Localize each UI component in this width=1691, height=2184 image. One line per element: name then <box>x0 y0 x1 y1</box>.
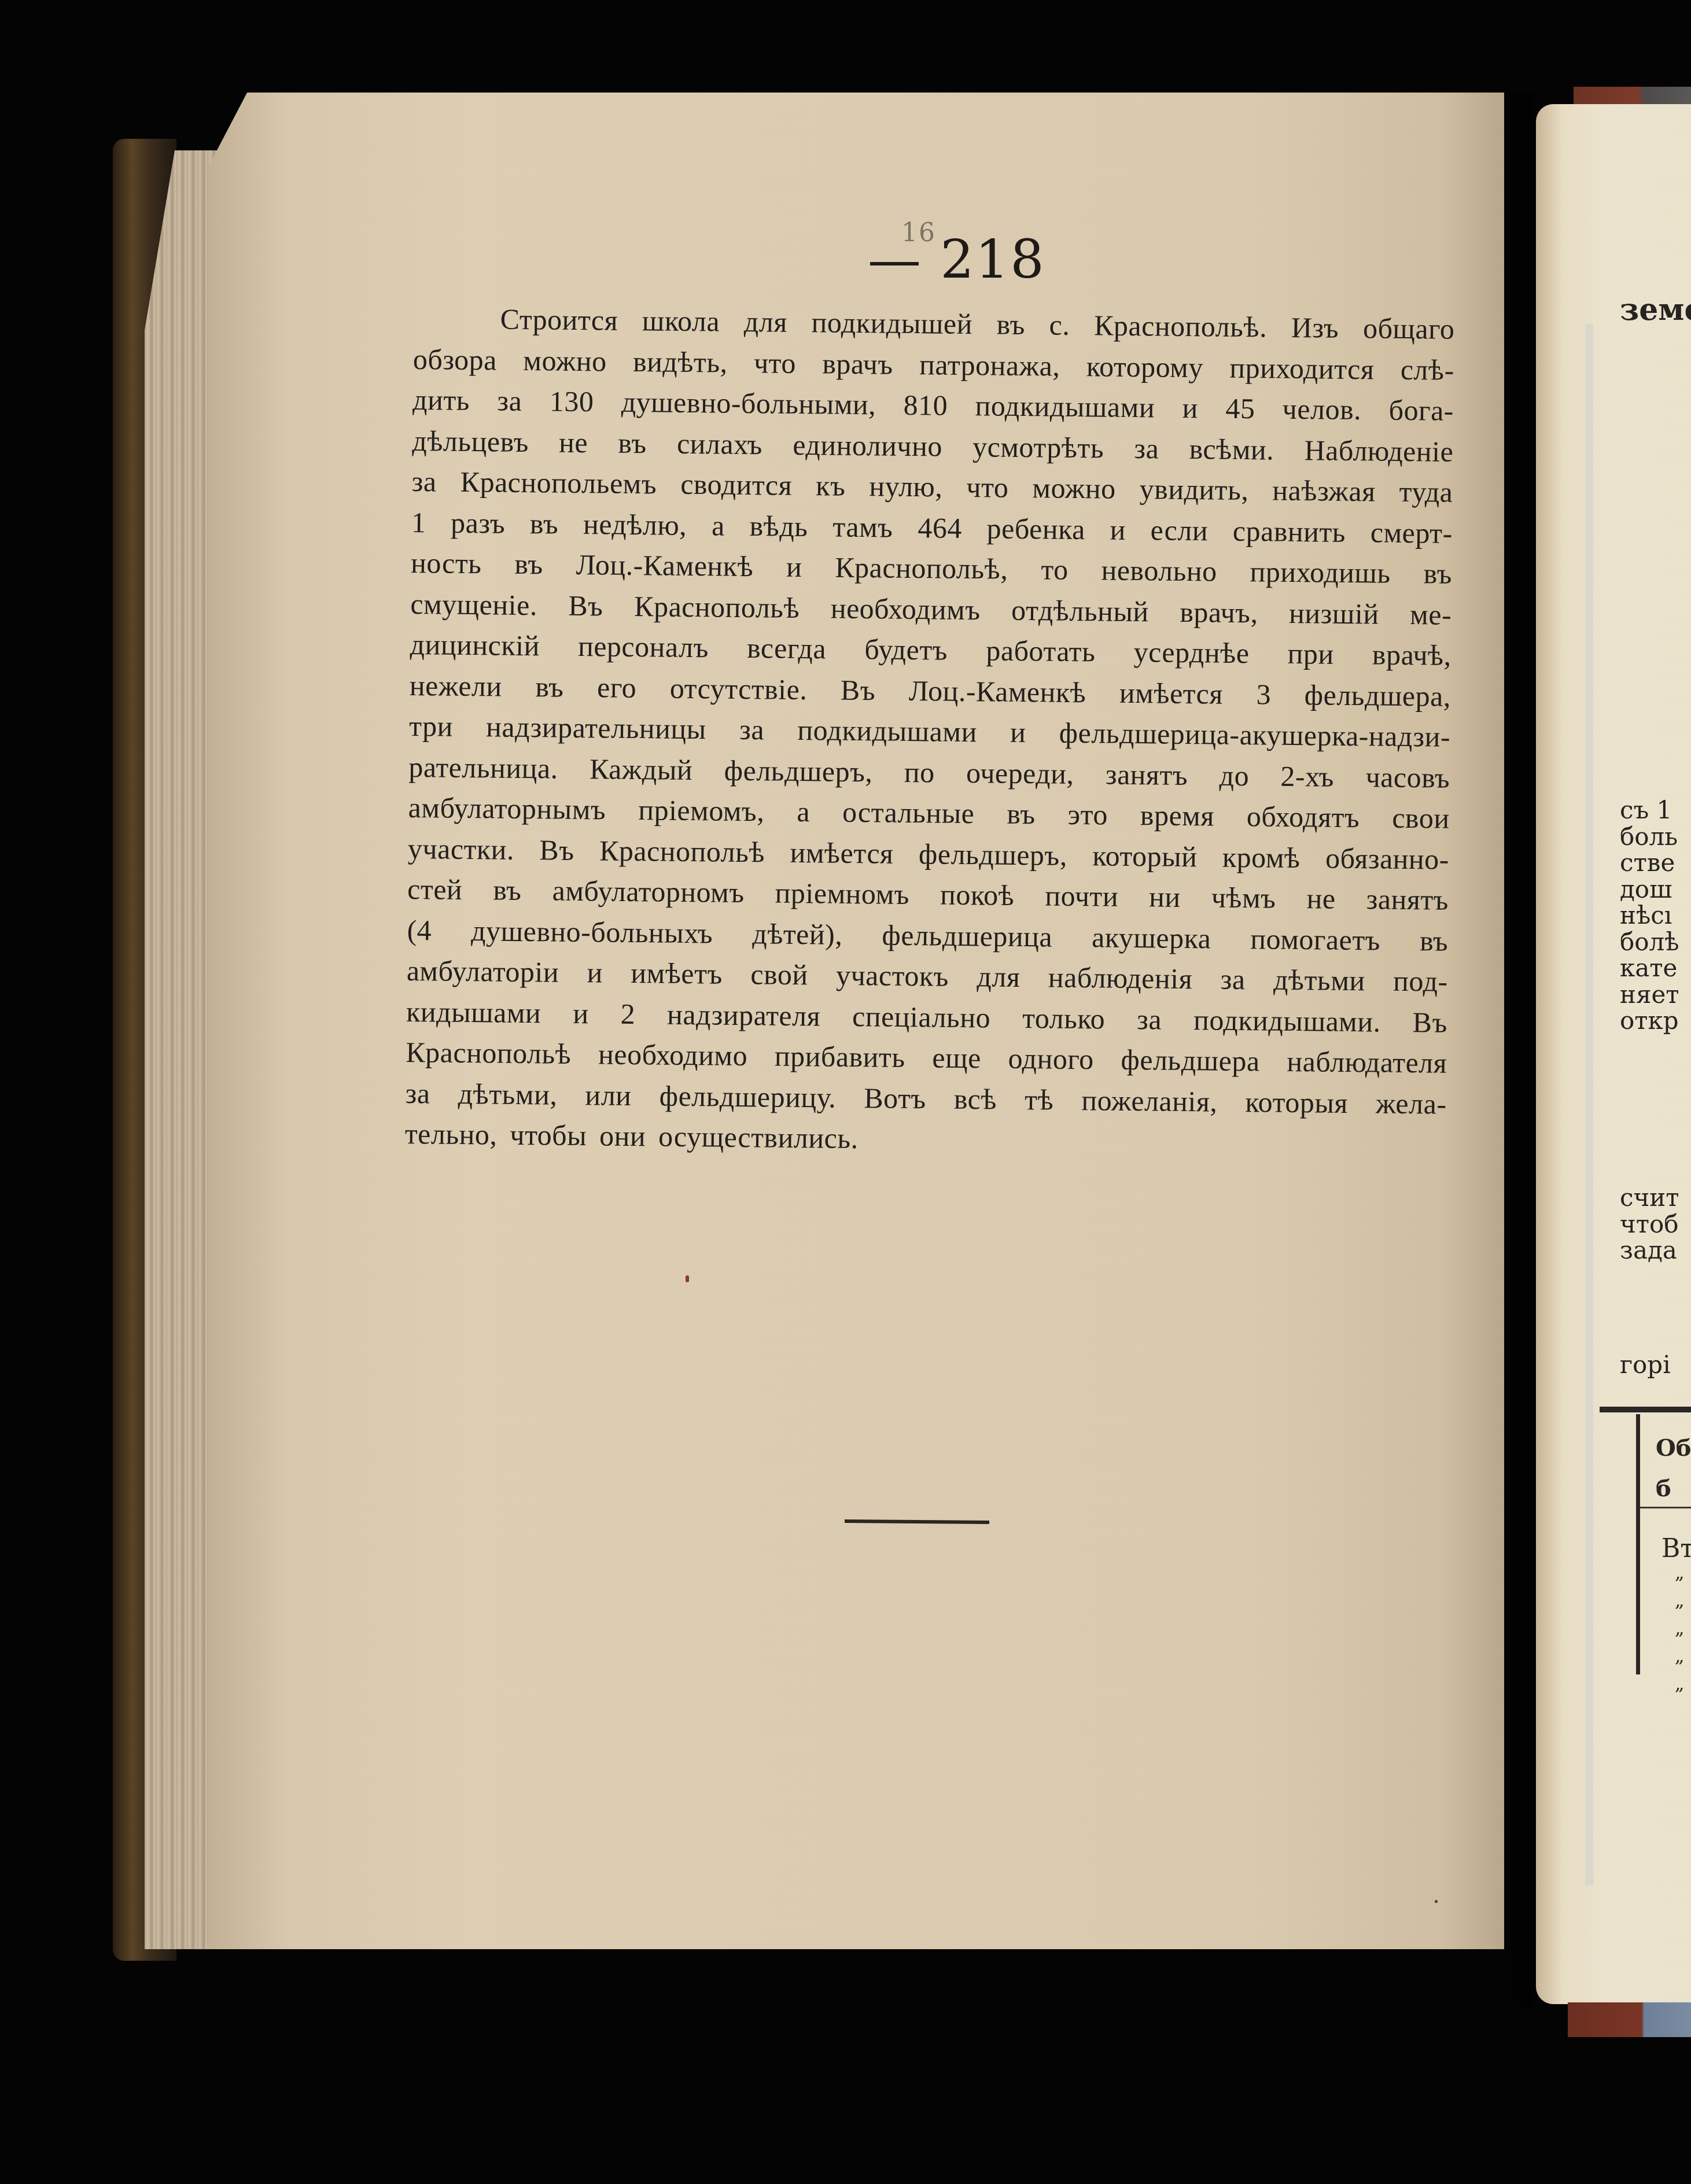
word: за <box>1137 999 1162 1040</box>
word: недѣлю, <box>583 504 687 545</box>
word: тельно, <box>404 1113 497 1155</box>
word: и <box>1110 509 1126 550</box>
word: они <box>599 1115 646 1156</box>
word: обзора <box>413 338 498 380</box>
text-fragment: няет <box>1620 982 1691 1008</box>
word: сравнить <box>1233 510 1346 552</box>
word: что <box>754 342 797 383</box>
word: 3 <box>1256 674 1271 715</box>
word: ме- <box>1410 594 1452 635</box>
word: Въ <box>841 669 876 710</box>
word: къ <box>816 465 846 506</box>
text-fragment: дош <box>1620 876 1691 903</box>
word: въ <box>493 869 522 910</box>
word: с. <box>1049 305 1070 346</box>
word: всегда <box>747 628 827 669</box>
word: еще <box>932 1037 981 1078</box>
word: невольно <box>1101 549 1217 592</box>
text-fragment: боль <box>1620 824 1691 850</box>
page-number-overprint: 16 <box>901 218 936 248</box>
word: за <box>739 709 765 750</box>
word: отдѣльный <box>1011 589 1149 632</box>
word: въ <box>1423 553 1452 594</box>
word: жела- <box>1376 1083 1447 1124</box>
word: то <box>1041 549 1069 590</box>
word: спеціально <box>852 996 991 1038</box>
text-fragment: зада <box>1620 1237 1691 1264</box>
word: а <box>712 505 725 546</box>
word: дѣтьми, <box>458 1073 557 1115</box>
right-page-text-block-2: считчтобзада <box>1620 1185 1691 1264</box>
word: врачъ, <box>1180 591 1258 633</box>
word: остальные <box>842 792 975 834</box>
text-fragment: нѣсı <box>1620 902 1691 929</box>
word: осуществились. <box>658 1116 859 1159</box>
word: туда <box>1399 471 1453 512</box>
word: помогаетъ <box>1250 918 1380 961</box>
word: въ <box>996 304 1025 345</box>
word: за <box>411 461 437 502</box>
ditto-mark: „ <box>1675 1617 1685 1639</box>
gutter-shadow <box>1504 93 1539 2007</box>
word: дить <box>412 379 470 421</box>
word: смущеніе. <box>410 583 537 625</box>
word: всѣ <box>954 1078 997 1119</box>
word: очереди, <box>966 752 1074 794</box>
word: нулю, <box>869 466 943 507</box>
word: патронажа, <box>919 344 1060 386</box>
word: имѣется <box>1119 672 1224 714</box>
word: приходится <box>1229 347 1375 389</box>
right-page-heading-fragment: земс <box>1620 292 1691 327</box>
word: три <box>409 706 453 747</box>
word: для <box>744 301 788 342</box>
word: рательница. <box>408 746 558 788</box>
word: Вотъ <box>864 1078 926 1119</box>
word: под- <box>1393 961 1448 1002</box>
word: дѣтьми <box>1273 960 1365 1001</box>
word: въ <box>1420 920 1449 961</box>
word: отсутствіе. <box>669 667 807 710</box>
word: Изъ <box>1291 307 1339 348</box>
table-first-row-cell: Вт <box>1661 1534 1691 1563</box>
word: тамъ <box>832 506 893 548</box>
body-paragraph: Строитсяшколадляподкидышейвъс.Краснополь… <box>404 298 1454 1165</box>
word: только <box>1022 998 1106 1039</box>
word: ность <box>411 543 482 584</box>
word: амбулаторномъ <box>552 870 745 913</box>
word: обходятъ <box>1247 796 1360 838</box>
word: его <box>597 667 637 708</box>
word: или <box>585 1075 632 1116</box>
word: 45 <box>1225 388 1255 429</box>
ink-fleck <box>686 1275 689 1282</box>
word: свой <box>750 954 808 995</box>
word: а <box>797 791 810 832</box>
word: 810 <box>903 385 948 426</box>
word: Каждый <box>590 748 693 790</box>
word: это <box>1067 794 1108 835</box>
word: Строится <box>500 299 618 341</box>
word: вѣдь <box>749 506 808 547</box>
word: подкидышами <box>975 385 1155 428</box>
page-number: — 218 16 <box>868 228 1045 290</box>
word: чтобы <box>510 1115 587 1156</box>
word: кидышами <box>406 991 541 1033</box>
word: за <box>1134 428 1159 469</box>
word: въ <box>1007 794 1036 835</box>
word: ни <box>1149 876 1181 917</box>
text-fragment: болѣ <box>1620 929 1691 955</box>
word: увидить, <box>1139 468 1248 510</box>
word: фельдшеръ, <box>919 833 1068 876</box>
word: фельдшерица <box>882 914 1052 957</box>
word: 130 <box>550 381 594 422</box>
word: подкидышей <box>811 302 972 344</box>
word: 2-хъ <box>1280 755 1334 796</box>
word: покоѣ <box>940 875 1015 916</box>
word: общаго <box>1363 308 1455 349</box>
word: обязанно- <box>1325 838 1450 880</box>
table-header-rule <box>1640 1507 1691 1508</box>
text-fragment: кате <box>1620 955 1691 982</box>
word: не <box>1306 878 1336 919</box>
word: фельдшера <box>1121 1039 1260 1082</box>
word: часовъ <box>1365 757 1450 798</box>
text-fragment: стве <box>1620 850 1691 876</box>
text-fragment: счит <box>1620 1185 1691 1211</box>
word: не <box>559 422 588 463</box>
word: и <box>1010 712 1026 753</box>
word: Въ <box>568 585 603 626</box>
word: въ <box>530 503 559 544</box>
word: Въ <box>1412 1002 1447 1043</box>
word: которыя <box>1245 1082 1348 1123</box>
word: фельдшера, <box>1304 674 1451 717</box>
word: имѣетъ <box>631 953 723 994</box>
word: чѣмъ <box>1211 877 1276 918</box>
word: имѣется <box>790 832 894 873</box>
word: стей <box>407 869 463 910</box>
word: Лоц.-Каменкѣ <box>909 670 1086 713</box>
word: участки. <box>408 828 515 869</box>
word: Краснопольѣ. <box>1094 305 1268 348</box>
text-fragment: откр <box>1620 1008 1691 1034</box>
word: за <box>1220 959 1246 1000</box>
word: которому <box>1086 346 1204 388</box>
word: видѣть, <box>633 341 728 382</box>
word: почти <box>1045 875 1118 917</box>
word: бога- <box>1388 390 1454 431</box>
word: участокъ <box>836 955 949 997</box>
word: слѣ- <box>1400 349 1454 390</box>
word: челов. <box>1282 389 1361 430</box>
word: работать <box>986 630 1096 672</box>
word: и <box>1182 388 1198 429</box>
word: врачъ <box>822 343 893 385</box>
word: и <box>587 952 603 993</box>
word: можно <box>523 340 607 381</box>
word: Наблюденіе <box>1304 430 1453 472</box>
word: 464 <box>918 507 962 548</box>
word: надзирателя <box>667 994 821 1036</box>
word: Краснопольѣ <box>599 830 765 872</box>
word: единолично <box>793 424 942 466</box>
word: всѣми. <box>1189 429 1274 470</box>
ditto-mark: „ <box>1675 1645 1685 1667</box>
word: въ <box>514 544 543 585</box>
word: нежели <box>410 665 502 706</box>
word: занятъ <box>1366 879 1449 920</box>
word: наѣзжая <box>1272 470 1376 512</box>
word: врачѣ, <box>1372 634 1451 676</box>
word: Краснопольѣ <box>406 1032 572 1074</box>
word: занятъ <box>1105 754 1188 795</box>
word: пріемномъ <box>775 873 909 915</box>
word: который <box>1092 835 1198 877</box>
word: силахъ <box>677 423 763 464</box>
word: и <box>786 547 802 588</box>
word: одного <box>1008 1038 1094 1080</box>
word: школа <box>642 300 720 342</box>
word: (4 <box>407 909 432 950</box>
word: дѣтей), <box>752 913 843 955</box>
word: если <box>1150 510 1208 551</box>
word: фельдшеръ, <box>724 750 873 792</box>
word: усерднѣе <box>1133 632 1250 674</box>
word: въ <box>618 422 647 463</box>
text-fragment: съ 1 <box>1620 797 1691 824</box>
table-column-rule <box>1636 1414 1640 1674</box>
cover-cloth-bottom <box>1568 2002 1691 2037</box>
word: необходимо <box>598 1034 748 1076</box>
word: надзирательницы <box>486 706 706 749</box>
word: разъ <box>451 502 506 543</box>
word: смерт- <box>1371 512 1453 554</box>
word: душевно-больныхъ <box>471 910 713 954</box>
word: прибавить <box>775 1036 905 1078</box>
page-number-text: — 218 <box>868 228 1045 290</box>
word: за <box>405 1072 430 1113</box>
word: Лоц.-Каменкѣ <box>576 544 753 587</box>
ink-fleck <box>1435 1900 1438 1903</box>
word: будетъ <box>864 629 948 670</box>
ditto-mark: „ <box>1675 1589 1685 1611</box>
word: свои <box>1392 798 1450 839</box>
word: подкидышами <box>797 710 977 752</box>
word: за <box>497 381 522 422</box>
word: 2 <box>620 993 635 1034</box>
ditto-mark: „ <box>1675 1562 1685 1584</box>
right-page-text-fragment: горі <box>1620 1351 1691 1379</box>
word: амбулаторнымъ <box>408 787 606 830</box>
word: низшій <box>1289 592 1379 634</box>
word: фельдшерицу. <box>659 1075 836 1118</box>
ditto-mark: „ <box>1675 1673 1685 1695</box>
right-page-text-block-1: съ 1больстведошнѣсıболѣкатеняетоткр <box>1620 797 1691 1034</box>
word: Краснопольемъ <box>460 462 657 504</box>
table-top-rule <box>1600 1407 1691 1412</box>
word: Краснопольѣ, <box>835 547 1008 590</box>
word: пріемомъ, <box>638 790 765 832</box>
word: можно <box>1032 467 1116 509</box>
word: Въ <box>539 829 574 870</box>
word: время <box>1140 795 1215 836</box>
word: тѣ <box>1025 1079 1054 1120</box>
word: въ <box>535 666 564 707</box>
word: до <box>1219 755 1249 796</box>
bleed-through-stripe <box>1585 324 1593 1886</box>
word: акушерка <box>1092 917 1211 959</box>
word: приходишь <box>1250 551 1391 593</box>
word: подкидышами. <box>1193 999 1381 1042</box>
word: по <box>904 751 935 792</box>
word: дѣльцевъ <box>412 420 529 462</box>
word: персоналъ <box>578 626 709 668</box>
word: наблюденія <box>1048 957 1193 999</box>
word: душевно-больными, <box>621 382 876 425</box>
table-header-line-2: б <box>1656 1475 1671 1502</box>
word: усмотрѣть <box>972 426 1104 468</box>
word: ребенка <box>986 508 1085 549</box>
word: фельдшерица-акушерка-надзи- <box>1059 713 1450 758</box>
word: пожеланія, <box>1081 1080 1218 1122</box>
text-fragment: чтоб <box>1620 1211 1691 1238</box>
word: необходимъ <box>830 588 981 630</box>
word: сводится <box>680 464 793 506</box>
word: что <box>966 467 1009 508</box>
word: 1 <box>411 501 426 543</box>
word: кромѣ <box>1222 836 1301 878</box>
word: для <box>977 956 1021 997</box>
word: дицинскій <box>410 624 540 666</box>
word: Краснопольѣ <box>634 586 800 628</box>
right-page <box>1536 104 1691 2004</box>
word: при <box>1287 633 1334 674</box>
table-header-line-1: Об <box>1656 1434 1691 1462</box>
word: и <box>573 993 589 1034</box>
word: амбулаторіи <box>406 950 559 993</box>
word: наблюдателя <box>1287 1041 1447 1083</box>
